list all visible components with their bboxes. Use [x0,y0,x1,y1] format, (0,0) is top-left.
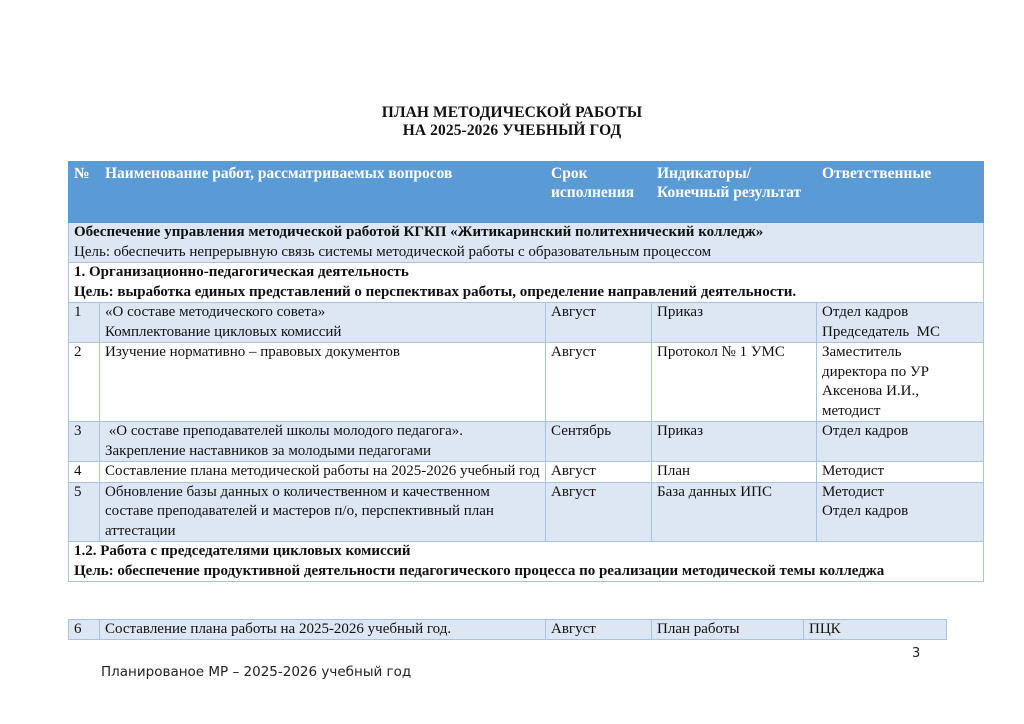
intro-section-row: Обеспечение управления методической рабо… [69,223,984,263]
row-name: Составление плана методической работы на… [100,462,546,483]
table-row: 4 Составление плана методической работы … [69,462,984,483]
row-term: Август [546,303,652,343]
table-header-row: № Наименование работ, рассматриваемых во… [69,162,984,223]
row-term: Август [546,620,652,640]
row-responsible: МетодистОтдел кадров [817,482,984,542]
section-1-2-row: 1.2. Работа с председателями цикловых ко… [69,542,984,582]
row-number: 2 [69,343,100,422]
table-row: 2 Изучение нормативно – правовых докумен… [69,343,984,422]
column-header-result: Индикаторы/ Конечный результат [652,162,817,223]
row-term: Август [546,482,652,542]
row-responsible: Отдел кадровПредседатель МС [817,303,984,343]
row-number: 3 [69,422,100,462]
intro-goal: Цель: обеспечить непрерывную связь систе… [74,243,978,263]
row-name: «О составе методического совета»Комплект… [100,303,546,343]
section-1-goal: Цель: выработка единых представлений о п… [74,283,978,303]
row-result: Приказ [652,303,817,343]
row-number: 6 [69,620,100,640]
table-row: 3 «О составе преподавателей школы молодо… [69,422,984,462]
table-row: 6 Составление плана работы на 2025-2026 … [69,620,947,640]
page-number: 3 [912,646,920,661]
row-result: План [652,462,817,483]
section-1-row: 1. Организационно-педагогическая деятель… [69,263,984,303]
row-result: План работы [652,620,804,640]
row-name: Составление плана работы на 2025-2026 уч… [100,620,546,640]
title-line-1: ПЛАН МЕТОДИЧЕСКОЙ РАБОТЫ [0,104,1024,122]
row-result: Протокол № 1 УМС [652,343,817,422]
intro-heading: Обеспечение управления методической рабо… [74,223,978,243]
row-responsible: Отдел кадров [817,422,984,462]
table-row: 1 «О составе методического совета»Компле… [69,303,984,343]
row-responsible: Заместительдиректора по УРАксенова И.И.,… [817,343,984,422]
column-header-term: Срок исполнения [546,162,652,223]
row-term: Сентябрь [546,422,652,462]
row-number: 1 [69,303,100,343]
column-header-responsible: Ответственные [817,162,984,223]
section-1-heading: 1. Организационно-педагогическая деятель… [74,263,978,283]
row-name: Обновление базы данных о количественном … [100,482,546,542]
footer-text: Планированое МР – 2025-2026 учебный год [101,664,411,680]
plan-table: № Наименование работ, рассматриваемых во… [68,161,984,582]
row-name: «О составе преподавателей школы молодого… [100,422,546,462]
row-result: Приказ [652,422,817,462]
row-result: База данных ИПС [652,482,817,542]
title-line-2: НА 2025-2026 УЧЕБНЫЙ ГОД [0,122,1024,140]
column-header-number: № [69,162,100,223]
plan-table-continuation: 6 Составление плана работы на 2025-2026 … [68,619,947,640]
column-header-name: Наименование работ, рассматриваемых вопр… [100,162,546,223]
row-number: 4 [69,462,100,483]
row-number: 5 [69,482,100,542]
row-term: Август [546,462,652,483]
row-term: Август [546,343,652,422]
table-row: 5 Обновление базы данных о количественно… [69,482,984,542]
section-1-2-goal: Цель: обеспечение продуктивной деятельно… [74,562,978,582]
section-1-2-heading: 1.2. Работа с председателями цикловых ко… [74,542,978,562]
document-title: ПЛАН МЕТОДИЧЕСКОЙ РАБОТЫ НА 2025-2026 УЧ… [0,104,1024,140]
row-responsible: ПЦК [804,620,947,640]
row-name: Изучение нормативно – правовых документо… [100,343,546,422]
row-responsible: Методист [817,462,984,483]
